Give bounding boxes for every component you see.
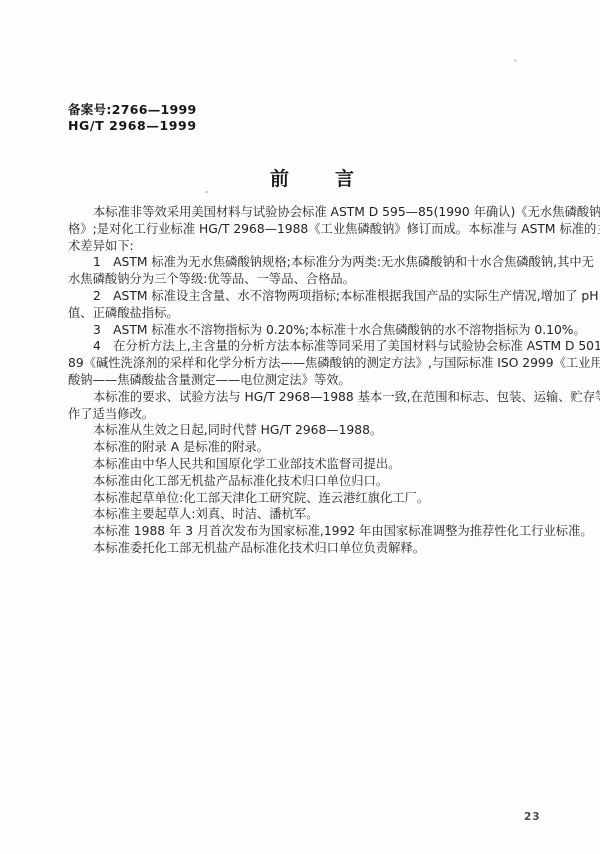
foreword-line: 本标准由中华人民共和国原化学工业部技术监督司提出。 bbox=[68, 456, 546, 473]
foreword-line: 本标准由化工部无机盐产品标准化技术归口单位归口。 bbox=[68, 473, 546, 490]
standard-number: HG/T 2968—1999 bbox=[68, 118, 197, 134]
document-page: 备案号:2766—1999 HG/T 2968—1999 前 言 本标准非等效采… bbox=[0, 0, 600, 854]
foreword-line: 89《碱性洗涤剂的采样和化学分析方法——焦磷酸钠的测定方法》,与国际标准 ISO… bbox=[68, 355, 546, 372]
filing-number: 备案号:2766—1999 bbox=[68, 102, 197, 118]
foreword-line: 本标准非等效采用美国材料与试验协会标准 ASTM D 595—85(1990 年… bbox=[68, 204, 546, 221]
foreword-line: 1 ASTM 标准为无水焦磷酸钠规格;本标准分为两类:无水焦磷酸钠和十水合焦磷酸… bbox=[68, 254, 546, 271]
document-header: 备案号:2766—1999 HG/T 2968—1999 bbox=[68, 102, 197, 134]
foreword-line: 作了适当修改。 bbox=[68, 406, 546, 423]
foreword-line: 本标准委托化工部无机盐产品标准化技术归口单位负责解释。 bbox=[68, 540, 546, 557]
scan-speck bbox=[205, 191, 208, 193]
foreword-line: 术差异如下: bbox=[68, 238, 546, 255]
scan-speck bbox=[514, 59, 517, 62]
foreword-line: 水焦磷酸钠分为三个等级:优等品、一等品、合格品。 bbox=[68, 271, 546, 288]
foreword-line: 3 ASTM 标准水不溶物指标为 0.20%;本标准十水合焦磷酸钠的水不溶物指标… bbox=[68, 322, 546, 339]
foreword-line: 值、正磷酸盐指标。 bbox=[68, 305, 546, 322]
foreword-title-char-2: 言 bbox=[335, 164, 354, 191]
foreword-line: 本标准从生效之日起,同时代替 HG/T 2968—1988。 bbox=[68, 422, 546, 439]
foreword-line: 格》;是对化工行业标准 HG/T 2968—1988《工业焦磷酸钠》修订而成。本… bbox=[68, 221, 546, 238]
foreword-line: 本标准的附录 A 是标准的附录。 bbox=[68, 439, 546, 456]
foreword-line: 本标准 1988 年 3 月首次发布为国家标准,1992 年由国家标准调整为推荐… bbox=[68, 523, 546, 540]
page-number: 23 bbox=[524, 811, 541, 823]
foreword-title-char-1: 前 bbox=[270, 164, 289, 191]
foreword-line: 本标准的要求、试验方法与 HG/T 2968—1988 基本一致,在范围和标志、… bbox=[68, 389, 546, 406]
foreword-line: 酸钠——焦磷酸盐含量测定——电位测定法》等效。 bbox=[68, 372, 546, 389]
foreword-body: 本标准非等效采用美国材料与试验协会标准 ASTM D 595—85(1990 年… bbox=[68, 204, 546, 557]
foreword-line: 4 在分析方法上,主含量的分析方法本标准等同采用了美国材料与试验协会标准 AST… bbox=[68, 338, 546, 355]
foreword-line: 本标准主要起草人:刘真、时洁、潘杭军。 bbox=[68, 506, 546, 523]
foreword-line: 2 ASTM 标准设主含量、水不溶物两项指标;本标准根据我国产品的实际生产情况,… bbox=[68, 288, 546, 305]
foreword-line: 本标准起草单位:化工部天津化工研究院、连云港红旗化工厂。 bbox=[68, 490, 546, 507]
foreword-title: 前 言 bbox=[68, 164, 556, 191]
